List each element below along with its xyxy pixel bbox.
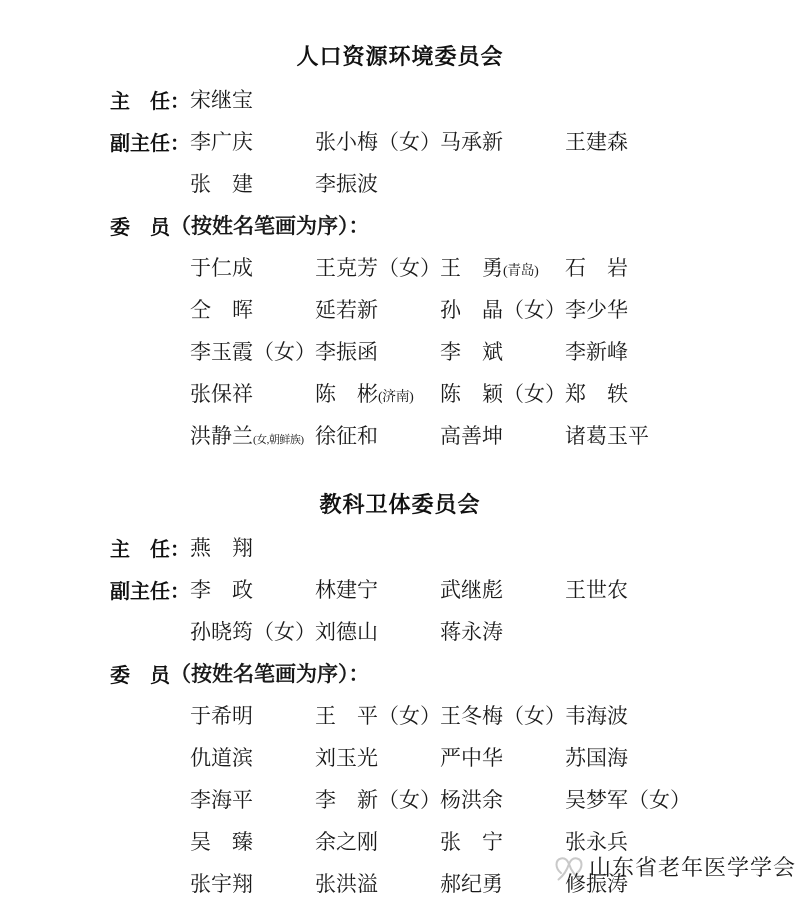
name-row: 李海平李 新（女）杨洪余吴梦军（女） [0, 778, 800, 820]
member-cell: 于希明 [190, 700, 315, 730]
row-label: 副主任： [110, 575, 190, 604]
person-name: 徐征和 [315, 424, 378, 448]
gender-note: （女） [628, 788, 691, 812]
member-cell: 陈 颖（女） [440, 378, 565, 408]
member-cell: 李少华 [565, 294, 690, 324]
person-name: 吴梦军 [565, 788, 628, 812]
person-name: 李少华 [565, 298, 628, 322]
sort-note: （按姓名笔画为序）： [170, 210, 370, 240]
section-title: 人口资源环境委员会 [0, 36, 800, 78]
label-row: 委 员（按姓名笔画为序）： [0, 652, 800, 694]
section-title: 教科卫体委员会 [0, 484, 800, 526]
gender-note: （女） [253, 340, 316, 364]
person-name: 石 岩 [565, 256, 628, 280]
member-cell: 修振涛 [565, 868, 690, 898]
row-label: 副主任： [110, 127, 190, 156]
name-row: 副主任：李广庆张小梅（女）马承新王建森 [0, 120, 800, 162]
gender-note: （女） [503, 704, 566, 728]
person-name: 修振涛 [565, 872, 628, 896]
member-cell: 燕 翔 [190, 532, 315, 562]
member-cell: 张永兵 [565, 826, 690, 856]
member-cell: 李振波 [315, 168, 440, 198]
gender-note: （女） [378, 704, 441, 728]
name-row: 于仁成王克芳（女）王 勇(青岛)石 岩 [0, 246, 800, 288]
person-name: 刘德山 [315, 620, 378, 644]
member-cell: 李新峰 [565, 336, 690, 366]
gender-note: （女） [378, 256, 441, 280]
name-row: 孙晓筠（女）刘德山蒋永涛 [0, 610, 800, 652]
person-name: 武继彪 [440, 578, 503, 602]
member-cell: 王世农 [565, 574, 690, 604]
person-name: 孙 晶 [440, 298, 503, 322]
name-row: 主 任：宋继宝 [0, 78, 800, 120]
person-name: 延若新 [315, 298, 378, 322]
person-name: 林建宁 [315, 578, 378, 602]
person-name: 马承新 [440, 130, 503, 154]
person-name: 严中华 [440, 746, 503, 770]
member-cell: 刘德山 [315, 616, 440, 646]
name-row: 于希明王 平（女）王冬梅（女）韦海波 [0, 694, 800, 736]
committee-section: 教科卫体委员会主 任：燕 翔副主任：李 政林建宁武继彪王世农孙晓筠（女）刘德山蒋… [0, 484, 800, 904]
person-name: 王 勇 [440, 256, 503, 280]
city-note: (济南) [378, 390, 413, 405]
person-name: 李玉霞 [190, 340, 253, 364]
person-name: 陈 彬 [315, 382, 378, 406]
person-name: 苏国海 [565, 746, 628, 770]
person-name: 张宇翔 [190, 872, 253, 896]
person-name: 王世农 [565, 578, 628, 602]
member-cell: 李海平 [190, 784, 315, 814]
member-cell: 孙 晶（女） [440, 294, 565, 324]
person-name: 仝 晖 [190, 298, 253, 322]
member-cell: 李 新（女） [315, 784, 440, 814]
person-name: 吴 臻 [190, 830, 253, 854]
name-row: 洪静兰(女,朝鲜族)徐征和高善坤诸葛玉平 [0, 414, 800, 456]
person-name: 郑 轶 [565, 382, 628, 406]
member-cell: 严中华 [440, 742, 565, 772]
gender-note: （女） [378, 130, 441, 154]
member-cell: 苏国海 [565, 742, 690, 772]
person-name: 杨洪余 [440, 788, 503, 812]
person-name: 张小梅 [315, 130, 378, 154]
name-row: 主 任：燕 翔 [0, 526, 800, 568]
person-name: 张 建 [190, 172, 253, 196]
member-cell: 王建森 [565, 126, 690, 156]
member-cell: 高善坤 [440, 420, 565, 450]
name-row: 副主任：李 政林建宁武继彪王世农 [0, 568, 800, 610]
person-name: 宋继宝 [190, 88, 253, 112]
member-cell: 张宇翔 [190, 868, 315, 898]
person-name: 于仁成 [190, 256, 253, 280]
committee-section: 人口资源环境委员会主 任：宋继宝副主任：李广庆张小梅（女）马承新王建森张 建李振… [0, 36, 800, 456]
sort-note: （按姓名笔画为序）： [170, 658, 370, 688]
member-cell: 刘玉光 [315, 742, 440, 772]
member-cell: 延若新 [315, 294, 440, 324]
person-name: 李 政 [190, 578, 253, 602]
person-name: 王克芳 [315, 256, 378, 280]
row-label: 主 任： [110, 85, 190, 114]
member-cell: 李广庆 [190, 126, 315, 156]
member-cell: 李振函 [315, 336, 440, 366]
name-row: 张宇翔张洪溢郝纪勇修振涛 [0, 862, 800, 904]
member-cell: 武继彪 [440, 574, 565, 604]
person-name: 张 宁 [440, 830, 503, 854]
person-name: 刘玉光 [315, 746, 378, 770]
member-cell: 王 平（女） [315, 700, 440, 730]
member-cell: 仝 晖 [190, 294, 315, 324]
person-name: 燕 翔 [190, 536, 253, 560]
member-cell: 诸葛玉平 [565, 420, 690, 450]
member-cell: 王 勇(青岛) [440, 252, 565, 282]
gender-note: （女） [503, 382, 566, 406]
name-row: 仝 晖延若新孙 晶（女）李少华 [0, 288, 800, 330]
person-name: 李新峰 [565, 340, 628, 364]
member-cell: 洪静兰(女,朝鲜族) [190, 420, 315, 450]
document-content: 人口资源环境委员会主 任：宋继宝副主任：李广庆张小梅（女）马承新王建森张 建李振… [0, 0, 800, 904]
member-cell: 马承新 [440, 126, 565, 156]
member-cell: 王克芳（女） [315, 252, 440, 282]
member-cell: 吴梦军（女） [565, 784, 690, 814]
row-label: 主 任： [110, 533, 190, 562]
person-name: 李广庆 [190, 130, 253, 154]
ethnic-note: (女,朝鲜族) [253, 434, 304, 446]
person-name: 仇道滨 [190, 746, 253, 770]
member-cell: 李玉霞（女） [190, 336, 315, 366]
row-label: 委 员 [110, 211, 170, 240]
person-name: 余之刚 [315, 830, 378, 854]
person-name: 张保祥 [190, 382, 253, 406]
member-cell: 于仁成 [190, 252, 315, 282]
city-note: (青岛) [503, 264, 538, 279]
member-cell: 孙晓筠（女） [190, 616, 315, 646]
person-name: 陈 颖 [440, 382, 503, 406]
person-name: 李 新 [315, 788, 378, 812]
person-name: 李振函 [315, 340, 378, 364]
member-cell: 吴 臻 [190, 826, 315, 856]
person-name: 王建森 [565, 130, 628, 154]
member-cell: 宋继宝 [190, 84, 315, 114]
person-name: 王 平 [315, 704, 378, 728]
document-page: 人口资源环境委员会主 任：宋继宝副主任：李广庆张小梅（女）马承新王建森张 建李振… [0, 0, 800, 907]
name-row: 仇道滨刘玉光严中华苏国海 [0, 736, 800, 778]
member-cell: 蒋永涛 [440, 616, 565, 646]
gender-note: （女） [503, 298, 566, 322]
member-cell: 陈 彬(济南) [315, 378, 440, 408]
person-name: 张永兵 [565, 830, 628, 854]
gender-note: （女） [378, 788, 441, 812]
member-cell: 韦海波 [565, 700, 690, 730]
member-cell: 石 岩 [565, 252, 690, 282]
person-name: 蒋永涛 [440, 620, 503, 644]
name-row: 张保祥陈 彬(济南)陈 颖（女）郑 轶 [0, 372, 800, 414]
name-row: 李玉霞（女）李振函李 斌李新峰 [0, 330, 800, 372]
person-name: 李振波 [315, 172, 378, 196]
label-row: 委 员（按姓名笔画为序）： [0, 204, 800, 246]
name-row: 吴 臻余之刚张 宁张永兵 [0, 820, 800, 862]
person-name: 于希明 [190, 704, 253, 728]
member-cell: 郝纪勇 [440, 868, 565, 898]
member-cell: 杨洪余 [440, 784, 565, 814]
member-cell: 徐征和 [315, 420, 440, 450]
member-cell: 张洪溢 [315, 868, 440, 898]
person-name: 李 斌 [440, 340, 503, 364]
member-cell: 李 斌 [440, 336, 565, 366]
member-cell: 张保祥 [190, 378, 315, 408]
member-cell: 王冬梅（女） [440, 700, 565, 730]
person-name: 诸葛玉平 [565, 424, 649, 448]
member-cell: 郑 轶 [565, 378, 690, 408]
member-cell: 张 建 [190, 168, 315, 198]
gender-note: （女） [253, 620, 316, 644]
person-name: 孙晓筠 [190, 620, 253, 644]
member-cell: 张 宁 [440, 826, 565, 856]
member-cell: 余之刚 [315, 826, 440, 856]
person-name: 李海平 [190, 788, 253, 812]
member-cell: 张小梅（女） [315, 126, 440, 156]
person-name: 王冬梅 [440, 704, 503, 728]
person-name: 高善坤 [440, 424, 503, 448]
row-label: 委 员 [110, 659, 170, 688]
member-cell: 仇道滨 [190, 742, 315, 772]
person-name: 韦海波 [565, 704, 628, 728]
person-name: 洪静兰 [190, 424, 253, 448]
person-name: 张洪溢 [315, 872, 378, 896]
member-cell: 李 政 [190, 574, 315, 604]
person-name: 郝纪勇 [440, 872, 503, 896]
member-cell: 林建宁 [315, 574, 440, 604]
name-row: 张 建李振波 [0, 162, 800, 204]
